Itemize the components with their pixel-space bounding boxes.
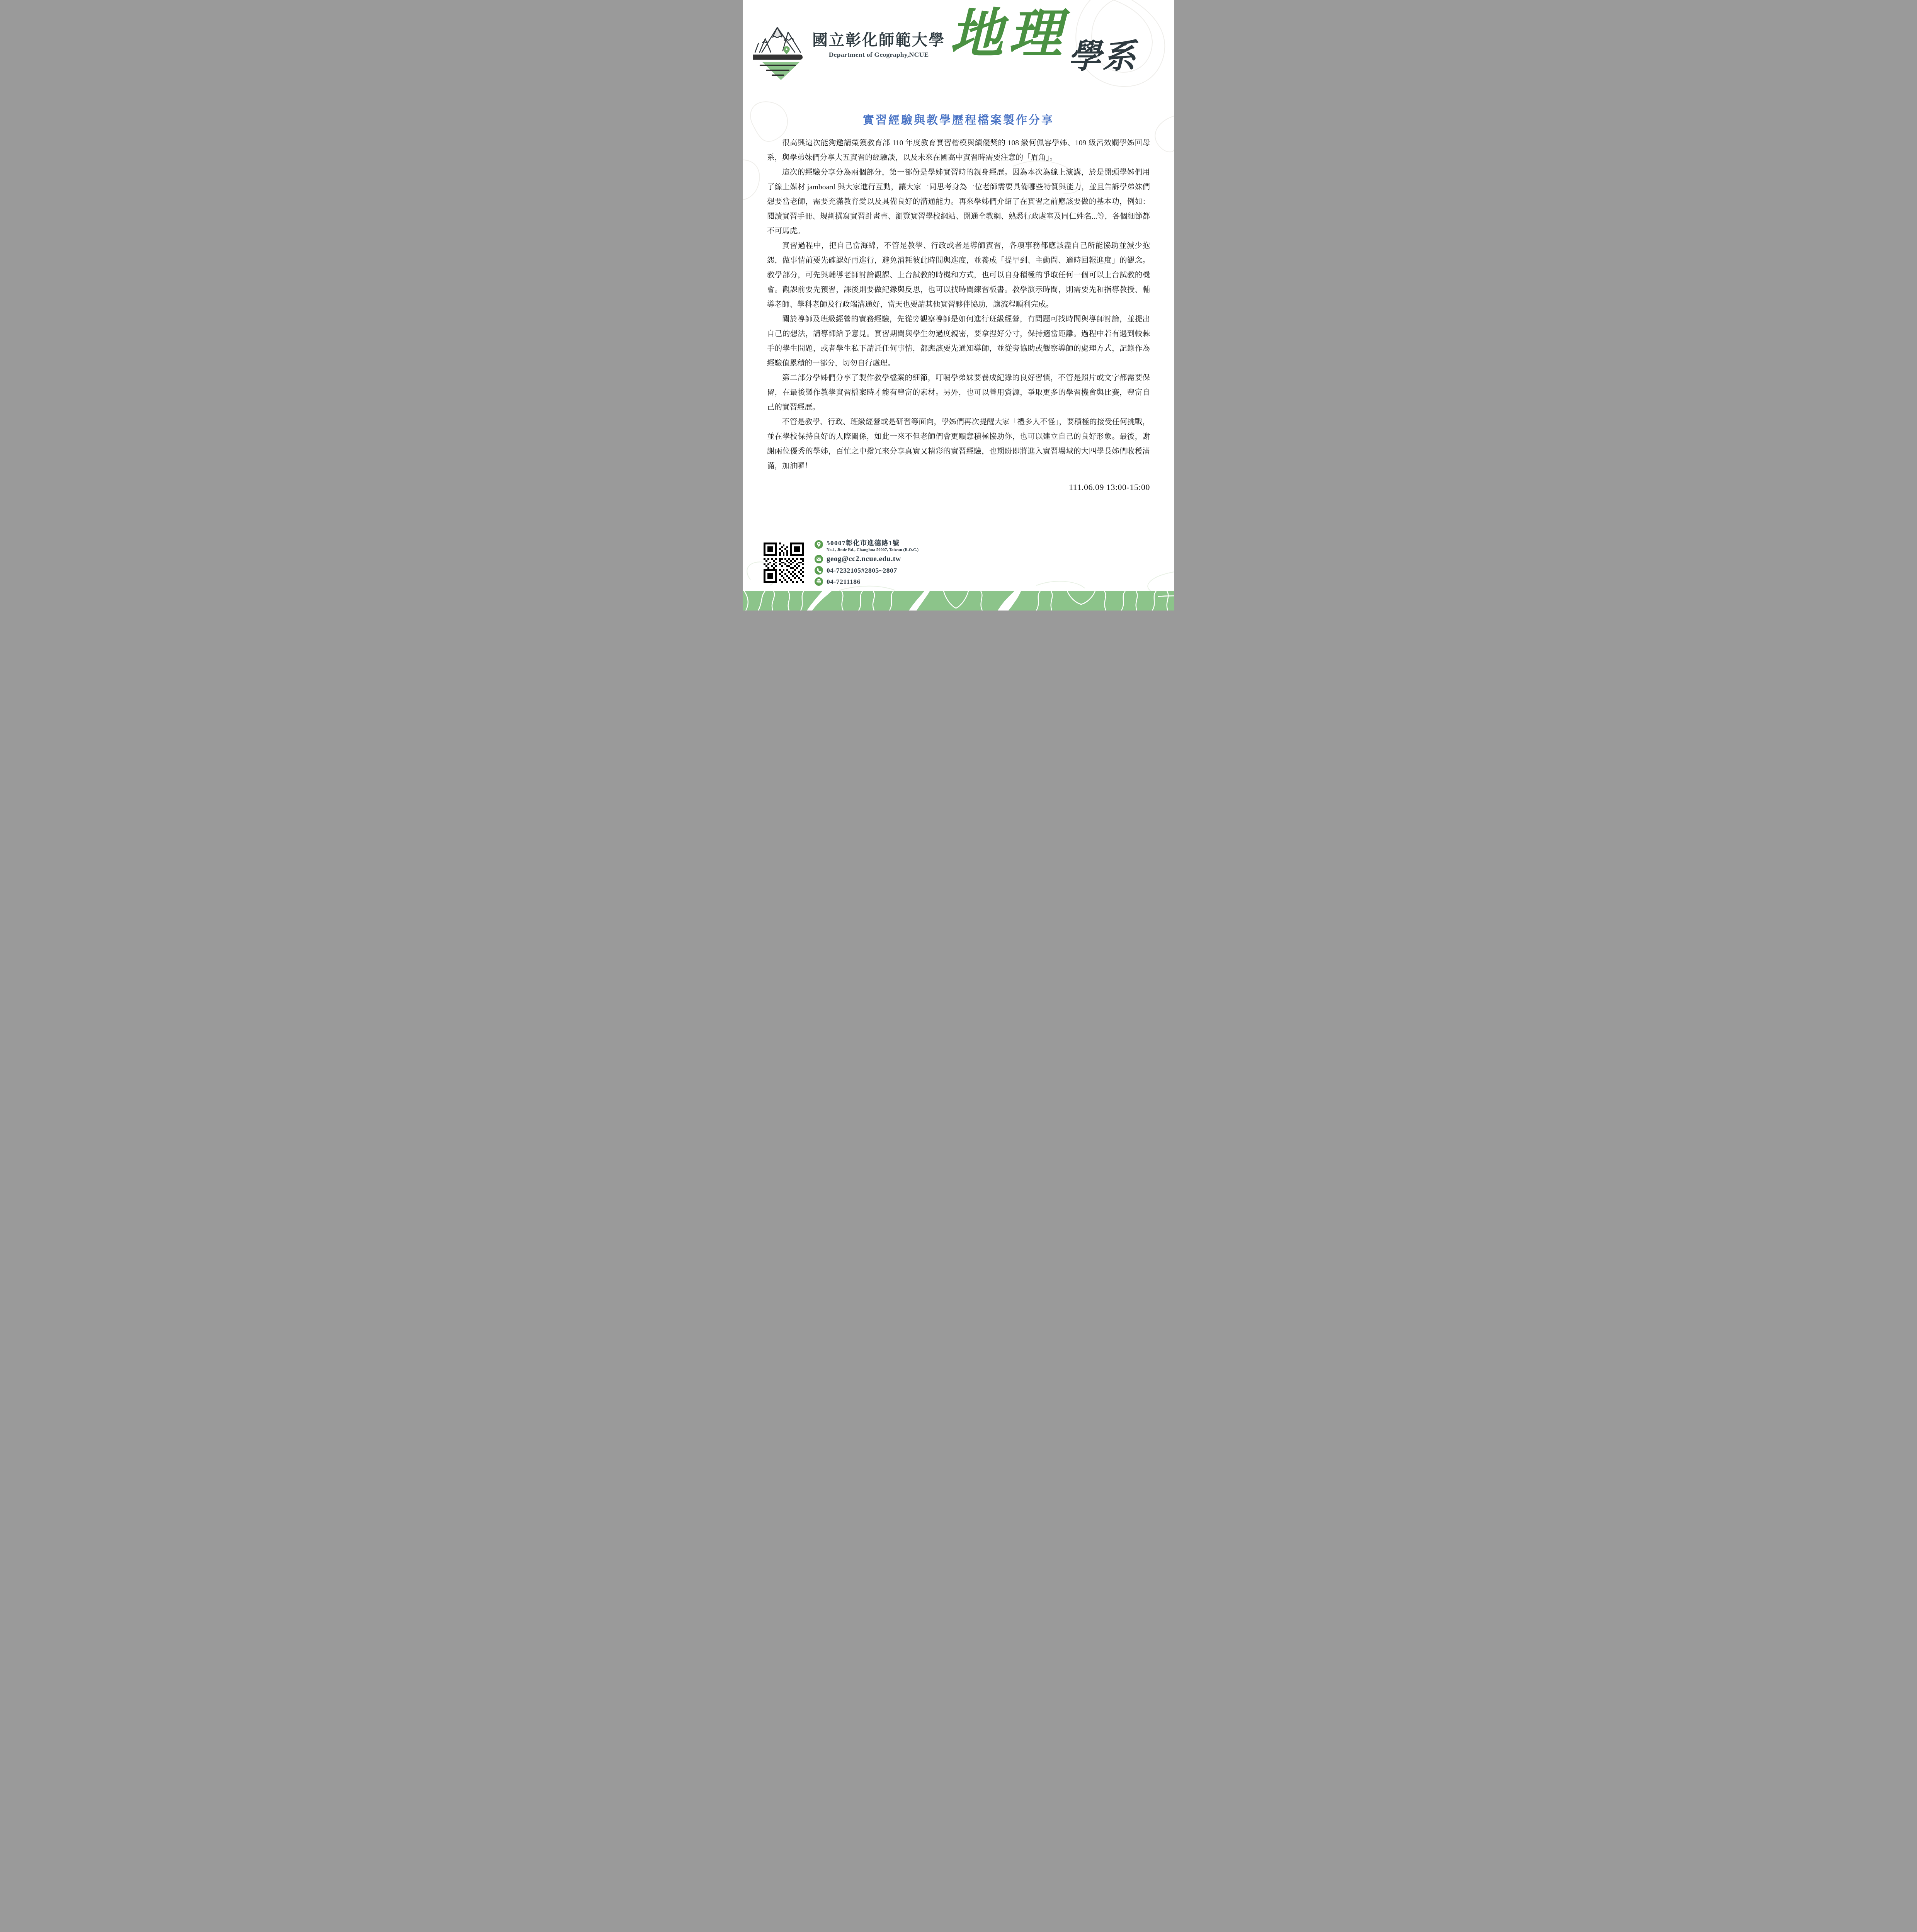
contact-fax-row: 04-7211186 [815,577,919,586]
location-pin-icon [815,540,823,549]
paragraph-1: 很高興這次能夠邀請榮獲教育部 110 年度教育實習楷模與績優獎的 108 級何佩… [767,136,1150,165]
bottom-contour-band [743,591,1174,611]
email-icon [815,555,823,563]
contact-address-row: 50007彰化市進德路1號 No.1, Jinde Rd., Changhua … [815,539,919,552]
email-text: geog@cc2.ncue.edu.tw [827,555,901,563]
phone-text: 04-7232105#2805~2807 [827,566,897,575]
mountain-logo-icon [752,19,810,81]
event-datetime: 111.06.09 13:00-15:00 [767,480,1150,495]
contact-phone-row: 04-7232105#2805~2807 [815,566,919,575]
paragraph-6: 不管是教學、行政、班級經營或是研習等面向，學姊們再次提醒大家「禮多人不怪」，要積… [767,415,1150,474]
contact-rows: 50007彰化市進德路1號 No.1, Jinde Rd., Changhua … [815,539,919,586]
contact-address-text: 50007彰化市進德路1號 No.1, Jinde Rd., Changhua … [827,539,919,552]
address-zh: 50007彰化市進德路1號 [827,539,919,547]
qr-code [764,543,804,583]
address-en: No.1, Jinde Rd., Changhua 50007, Taiwan … [827,548,919,552]
contact-email-row: geog@cc2.ncue.edu.tw [815,555,919,563]
paragraph-3: 實習過程中，把自己當海綿，不管是教學、行政或者是導師實習，各項事務都應該盡自己所… [767,239,1150,312]
header: 國立彰化師範大學 Department of Geography,NCUE 地理… [743,0,1174,100]
page-title: 實習經驗與教學歷程檔案製作分享 [743,112,1174,128]
article-body: 很高興這次能夠邀請榮獲教育部 110 年度教育實習楷模與績優獎的 108 級何佩… [767,136,1150,495]
university-name: 國立彰化師範大學 [808,28,950,50]
contact-footer: 50007彰化市進德路1號 No.1, Jinde Rd., Changhua … [764,539,919,586]
fax-icon [815,577,823,586]
calligraphy-geography: 地理 [950,5,1067,64]
calligraphy-department: 學系 [1068,38,1137,75]
university-block: 國立彰化師範大學 Department of Geography,NCUE [808,28,950,59]
paragraph-2: 這次的經驗分享分為兩個部分，第一部份是學姊實習時的親身經歷。因為本次為線上演講，… [767,165,1150,239]
department-name-en: Department of Geography,NCUE [808,51,950,59]
paragraph-4: 關於導師及班級經營的實務經驗，先從旁觀察導師是如何進行班級經營，有問題可找時間與… [767,312,1150,371]
fax-text: 04-7211186 [827,578,861,586]
paragraph-5: 第二部分學姊們分享了製作教學檔案的細節，叮囑學弟妹要養成紀錄的良好習慣，不管是照… [767,371,1150,415]
document-page: 國立彰化師範大學 Department of Geography,NCUE 地理… [743,0,1174,611]
department-calligraphy: 地理學系 [950,8,1136,61]
phone-icon [815,566,823,575]
